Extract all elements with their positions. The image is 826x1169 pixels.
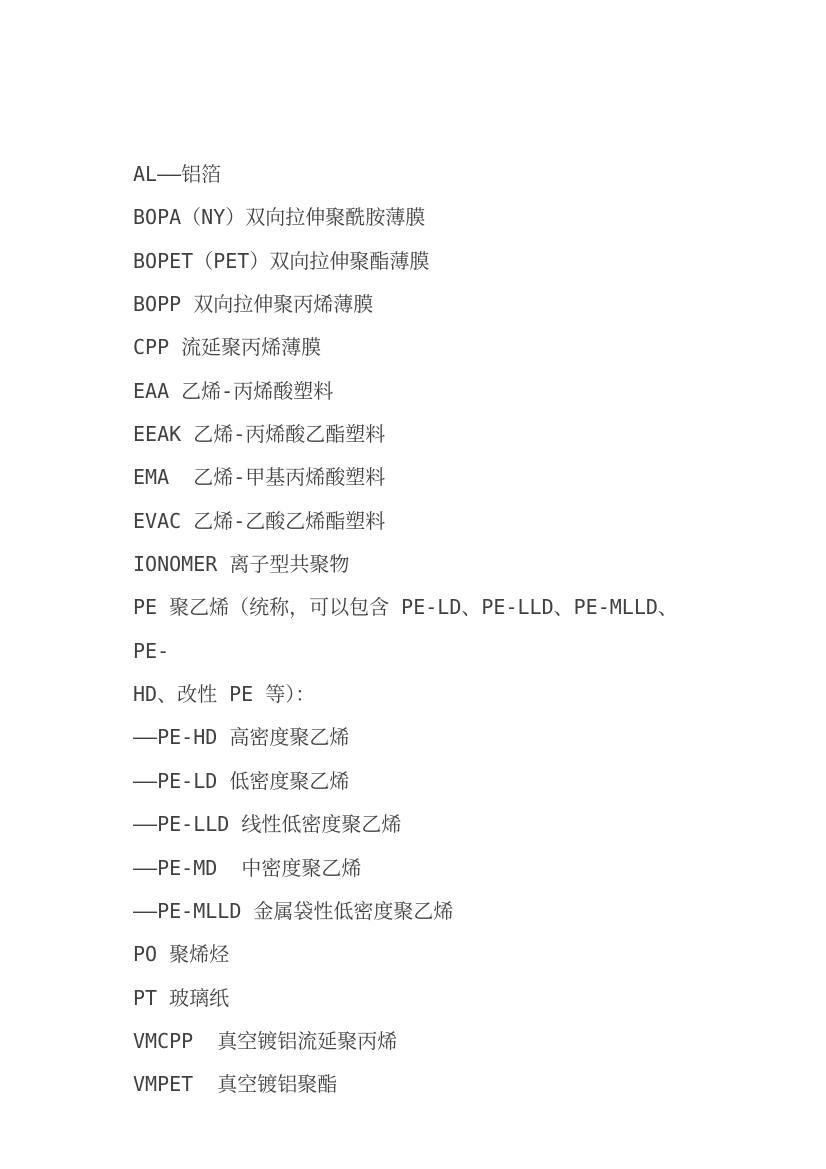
doc-line-al: AL——铝箔: [133, 153, 703, 196]
doc-line-pe-lld: ——PE-LLD 线性低密度聚乙烯: [133, 803, 703, 846]
document-page: AL——铝箔 BOPA（NY）双向拉伸聚酰胺薄膜 BOPET（PET）双向拉伸聚…: [0, 0, 826, 1169]
doc-line-evac: EVAC 乙烯-乙酸乙烯酯塑料: [133, 500, 703, 543]
doc-line-bopet: BOPET（PET）双向拉伸聚酯薄膜: [133, 240, 703, 283]
doc-line-pe-md: ——PE-MD 中密度聚乙烯: [133, 847, 703, 890]
doc-line-po: PO 聚烯烃: [133, 933, 703, 976]
doc-line-pt: PT 玻璃纸: [133, 977, 703, 1020]
doc-line-pe-wrap-1: PE 聚乙烯（统称，可以包含 PE-LD、PE-LLD、PE-MLLD、PE-: [133, 586, 703, 673]
doc-line-vmcpp: VMCPP 真空镀铝流延聚丙烯: [133, 1020, 703, 1063]
document-body-text: AL——铝箔 BOPA（NY）双向拉伸聚酰胺薄膜 BOPET（PET）双向拉伸聚…: [133, 153, 703, 1107]
doc-line-pe-hd: ——PE-HD 高密度聚乙烯: [133, 716, 703, 759]
doc-line-pe-ld: ——PE-LD 低密度聚乙烯: [133, 760, 703, 803]
doc-line-bopa: BOPA（NY）双向拉伸聚酰胺薄膜: [133, 196, 703, 239]
doc-line-vmpet: VMPET 真空镀铝聚酯: [133, 1063, 703, 1106]
doc-line-ionomer: IONOMER 离子型共聚物: [133, 543, 703, 586]
doc-line-pe-mlld: ——PE-MLLD 金属袋性低密度聚乙烯: [133, 890, 703, 933]
doc-line-eeak: EEAK 乙烯-丙烯酸乙酯塑料: [133, 413, 703, 456]
doc-line-cpp: CPP 流延聚丙烯薄膜: [133, 326, 703, 369]
doc-line-bopp: BOPP 双向拉伸聚丙烯薄膜: [133, 283, 703, 326]
doc-line-eaa: EAA 乙烯-丙烯酸塑料: [133, 370, 703, 413]
doc-line-ema: EMA 乙烯-甲基丙烯酸塑料: [133, 456, 703, 499]
doc-line-pe-wrap-2: HD、改性 PE 等）：: [133, 673, 703, 716]
